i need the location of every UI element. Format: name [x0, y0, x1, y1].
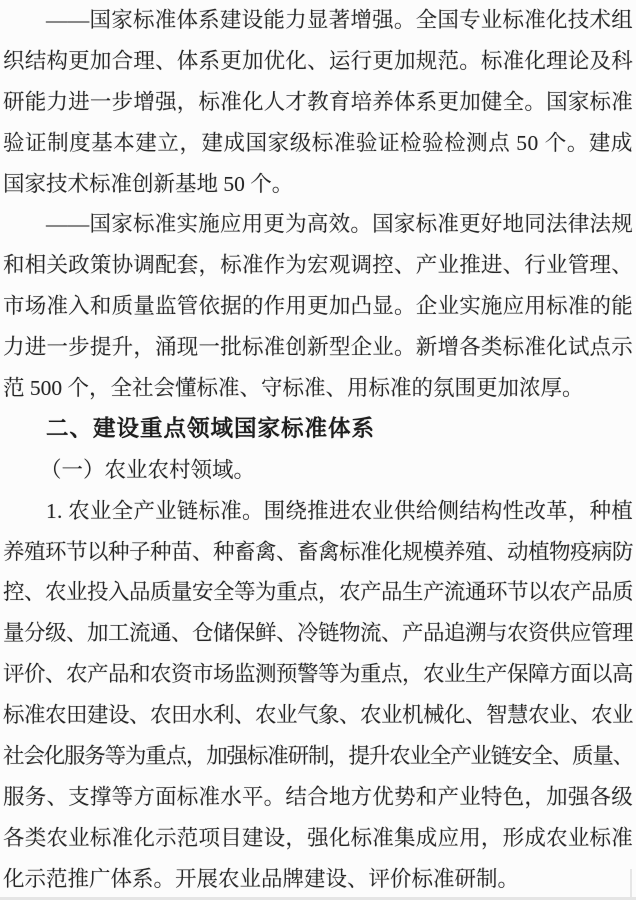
text-line: 和相关政策协调配套，标准作为宏观调控、产业推进、行业管理、: [3, 245, 633, 286]
text-line: 1. 农业全产业链标准。围绕推进农业供给侧结构性改革，种植: [3, 491, 633, 532]
subsection-heading: （一）农业农村领域。: [3, 450, 633, 491]
paragraph-agriculture-standards: 1. 农业全产业链标准。围绕推进农业供给侧结构性改革，种植 养殖环节以种子种苗、…: [3, 491, 633, 900]
text-line-content: 范 500 个，全社会懂标准、守标准、用标准的氛围更加浓厚。: [3, 376, 584, 400]
text-line-content: 织结构更加合理、体系更加优化、运行更加规范。标准化理论及科: [3, 49, 633, 73]
text-line: 服务、支撑等方面标准水平。结合地方优势和产业特色，加强各级: [3, 777, 633, 818]
text-line: 织结构更加合理、体系更加优化、运行更加规范。标准化理论及科: [3, 41, 633, 82]
text-line-content: 量分级、加工流通、仓储保鲜、冷链物流、产品追溯与农资供应管理: [3, 621, 633, 645]
text-line-content: 市场准入和质量监管依据的作用更加凸显。企业实施应用标准的能: [3, 294, 633, 318]
text-line-content: 评价、农产品和农资市场监测预警等为重点，农业生产保障方面以高: [3, 662, 633, 686]
text-line: 化示范推广体系。开展农业品牌建设、评价标准研制。: [3, 859, 633, 900]
text-line-content: 标准农田建设、农田水利、农业气象、农业机械化、智慧农业、农业: [3, 703, 633, 727]
text-line: 市场准入和质量监管依据的作用更加凸显。企业实施应用标准的能: [3, 286, 633, 327]
text-line-content: 控、农业投入品质量安全等为重点，农产品生产流通环节以农产品质: [3, 580, 633, 604]
paragraph-standards-implementation: ——国家标准实施应用更为高效。国家标准更好地同法律法规 和相关政策协调配套，标准…: [3, 204, 633, 408]
text-line-content: 验证制度基本建立，建成国家级标准验证检验检测点 50 个。建成: [3, 131, 633, 155]
text-line-content: 服务、支撑等方面标准水平。结合地方优势和产业特色，加强各级: [3, 785, 633, 809]
text-line-content: 社会化服务等为重点，加强标准研制，提升农业全产业链安全、质量、: [3, 744, 633, 768]
text-line-content: 化示范推广体系。开展农业品牌建设、评价标准研制。: [3, 867, 519, 891]
section-heading: 二、建设重点领域国家标准体系: [3, 409, 633, 450]
text-line: 评价、农产品和农资市场监测预警等为重点，农业生产保障方面以高: [3, 654, 633, 695]
text-line: 控、农业投入品质量安全等为重点，农产品生产流通环节以农产品质: [3, 572, 633, 613]
text-line-content: 国家技术标准创新基地 50 个。: [3, 172, 293, 196]
document-page: ——国家标准体系建设能力显著增强。全国专业标准化技术组 织结构更加合理、体系更加…: [0, 0, 636, 900]
text-line-content: 养殖环节以种子种苗、种畜禽、畜禽标准化规模养殖、动植物疫病防: [3, 540, 633, 564]
text-line-content: ——国家标准实施应用更为高效。国家标准更好地同法律法规: [46, 212, 633, 236]
text-line-content: 和相关政策协调配套，标准作为宏观调控、产业推进、行业管理、: [3, 253, 633, 277]
text-line: ——国家标准体系建设能力显著增强。全国专业标准化技术组: [3, 0, 633, 41]
text-line-content: ——国家标准体系建设能力显著增强。全国专业标准化技术组: [46, 8, 633, 32]
text-line-content: 力进一步提升，涌现一批标准创新型企业。新增各类标准化试点示: [3, 335, 633, 359]
subsection-heading-text: （一）农业农村领域。: [40, 458, 255, 482]
text-line-content: 研能力进一步增强，标准化人才教育培养体系更加健全。国家标准: [3, 90, 633, 114]
text-line: 标准农田建设、农田水利、农业气象、农业机械化、智慧农业、农业: [3, 695, 633, 736]
text-line: 各类农业标准化示范项目建设，强化标准集成应用，形成农业标准: [3, 818, 633, 859]
text-line: 力进一步提升，涌现一批标准创新型企业。新增各类标准化试点示: [3, 327, 633, 368]
scan-edge-artifact-vertical: [630, 869, 632, 897]
paragraph-standards-capability: ——国家标准体系建设能力显著增强。全国专业标准化技术组 织结构更加合理、体系更加…: [3, 0, 633, 204]
text-line: ——国家标准实施应用更为高效。国家标准更好地同法律法规: [3, 204, 633, 245]
text-line-content: 各类农业标准化示范项目建设，强化标准集成应用，形成农业标准: [3, 826, 633, 850]
text-line: 量分级、加工流通、仓储保鲜、冷链物流、产品追溯与农资供应管理: [3, 613, 633, 654]
text-line: 社会化服务等为重点，加强标准研制，提升农业全产业链安全、质量、: [3, 736, 633, 777]
text-line: 养殖环节以种子种苗、种畜禽、畜禽标准化规模养殖、动植物疫病防: [3, 532, 633, 573]
text-line: 国家技术标准创新基地 50 个。: [3, 164, 633, 205]
text-line: 验证制度基本建立，建成国家级标准验证检验检测点 50 个。建成: [3, 123, 633, 164]
text-line-content: 1. 农业全产业链标准。围绕推进农业供给侧结构性改革，种植: [46, 499, 633, 523]
text-line: 研能力进一步增强，标准化人才教育培养体系更加健全。国家标准: [3, 82, 633, 123]
section-heading-text: 二、建设重点领域国家标准体系: [46, 416, 375, 441]
text-line: 范 500 个，全社会懂标准、守标准、用标准的氛围更加浓厚。: [3, 368, 633, 409]
